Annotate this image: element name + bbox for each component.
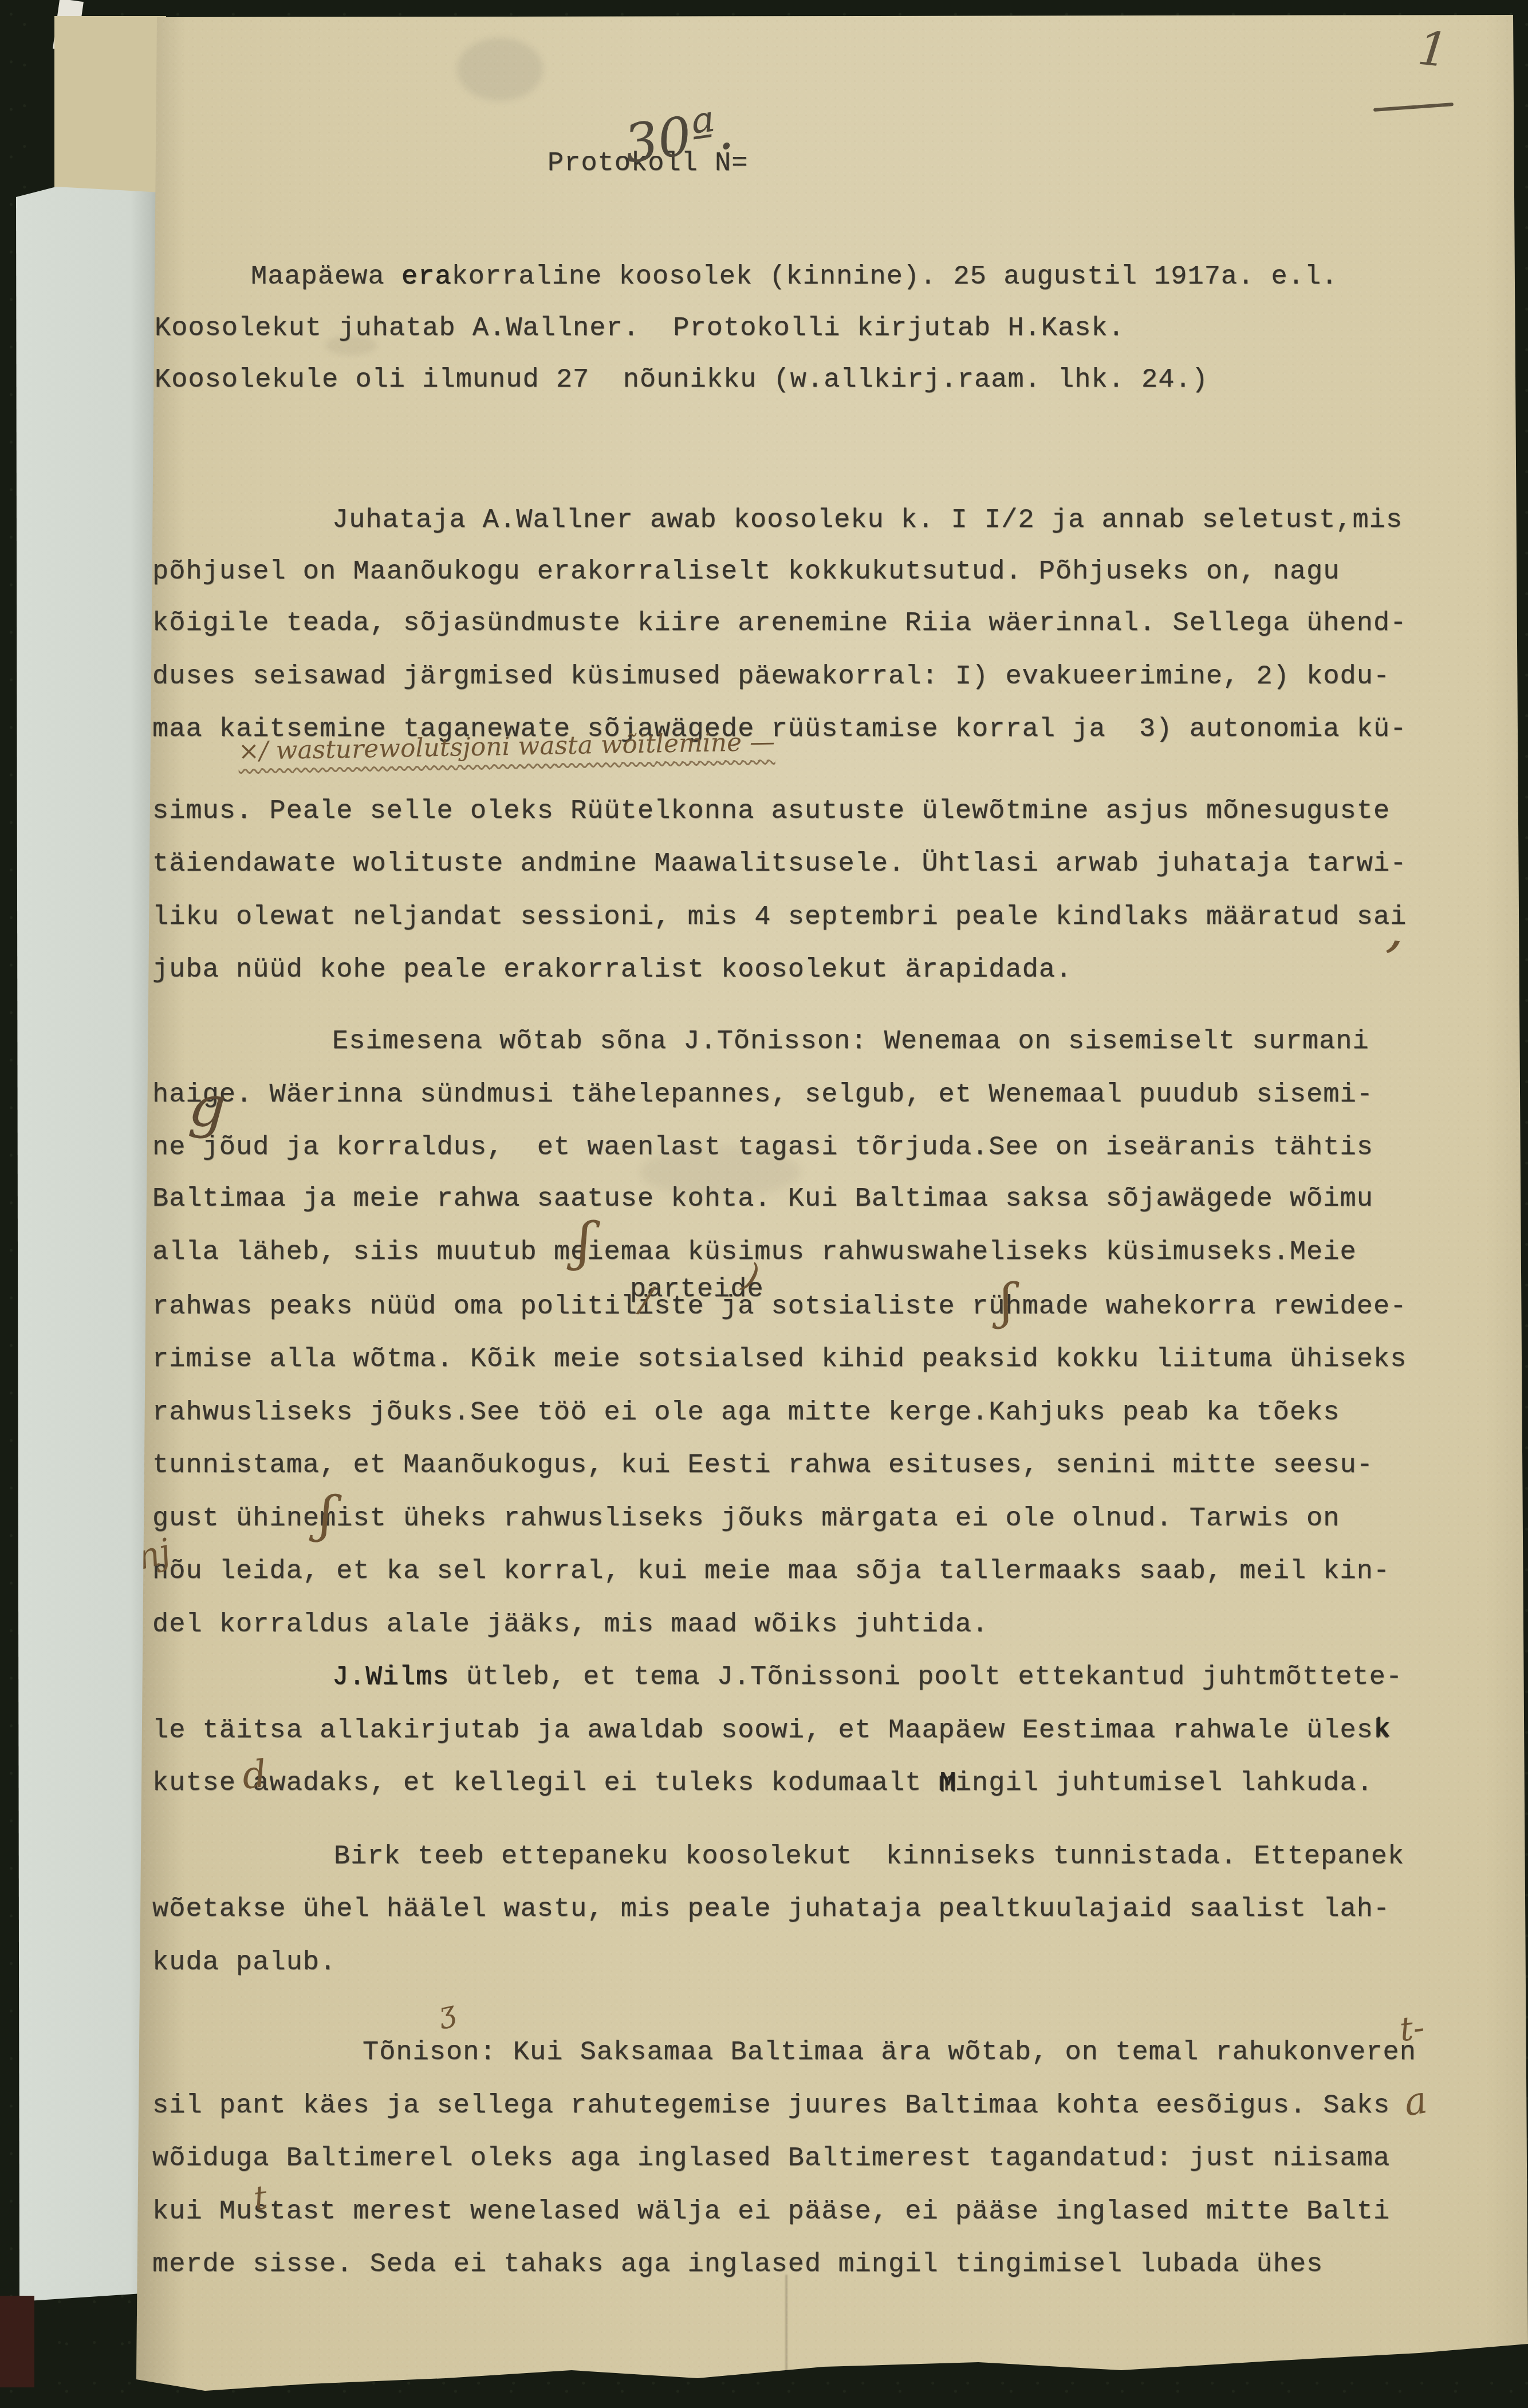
- handwritten-annotation: ʒ: [436, 1997, 458, 2028]
- typed-line: nõu leida, et ka sel korral, kui meie ma…: [152, 1558, 1390, 1585]
- typed-line: ne jõud ja korraldus, et waenlast tagasi…: [152, 1134, 1373, 1161]
- typed-line: wõiduga Baltimerel oleks aga inglased Ba…: [152, 2145, 1390, 2172]
- handwritten-annotation: 30ª.: [621, 104, 737, 171]
- typed-line: täiendawate wolituste andmine Maawalitsu…: [152, 851, 1407, 878]
- overtyped-characters: M: [939, 1770, 957, 1799]
- handwritten-annotation: ×/ wasturewolutsjoni wasta wõitlemine —: [238, 730, 775, 764]
- typed-line: merde sisse. Seda ei tahaks aga inglased…: [152, 2251, 1323, 2278]
- typed-line: rahwas peaks nüüd oma politiliste ja sot…: [152, 1293, 1407, 1320]
- typed-line: le täitsa allakirjutab ja awaldab soowi,…: [152, 1717, 1390, 1744]
- typed-line: juba nüüd kohe peale erakorralist koosol…: [152, 957, 1072, 983]
- typed-line: duses seisawad järgmised küsimused päewa…: [152, 663, 1390, 690]
- typed-line: kõigile teada, sõjasündmuste kiire arene…: [152, 610, 1407, 637]
- overtyped-characters: J.Wilms: [332, 1664, 449, 1691]
- eraser-smudge: [457, 38, 543, 101]
- typed-line: haige. Wäerinna sündmusi tähelepannes, s…: [152, 1081, 1373, 1108]
- handwritten-annotation: d: [241, 1755, 269, 1795]
- handwritten-annotation: ʃ: [999, 1277, 1014, 1325]
- handwritten-annotation: 1: [1416, 25, 1450, 74]
- typed-line: Esimesena wõtab sõna J.Tõnisson: Wenemaa…: [332, 1028, 1369, 1055]
- typed-line: Birk teeb ettepaneku koosolekut kinnisek…: [334, 1843, 1404, 1870]
- underlying-sheet-corner: [54, 16, 166, 199]
- typed-line: Baltimaa ja meie rahwa saatuse kohta. Ku…: [152, 1186, 1373, 1213]
- book-spine-sliver: [0, 2296, 34, 2387]
- document-page: Protokoll N=Maapäewa erakorraline koosol…: [136, 15, 1528, 2392]
- handwritten-underline: [1373, 103, 1454, 112]
- scanner-background: Protokoll N=Maapäewa erakorraline koosol…: [0, 0, 1528, 2408]
- overtyped-characters: k: [1375, 1716, 1391, 1743]
- typed-line: liku olewat neljandat sessioni, mis 4 se…: [152, 904, 1407, 931]
- handwritten-annotation: t-: [1398, 2010, 1426, 2046]
- handwritten-annotation: ʃ: [576, 1215, 592, 1269]
- handwritten-annotation: a: [1401, 2081, 1430, 2122]
- typed-line: rimise alla wõtma. Kõik meie sotsialsed …: [152, 1346, 1407, 1373]
- typed-line: Juhataja A.Wallner awab koosoleku k. I I…: [332, 507, 1403, 534]
- typed-line: sil pant käes ja sellega rahutegemise ju…: [152, 2092, 1390, 2119]
- handwritten-annotation: g: [187, 1077, 228, 1136]
- overtyped-characters: era: [401, 263, 452, 290]
- typed-line: põhjusel on Maanõukogu erakorraliselt ko…: [152, 558, 1340, 585]
- typed-line: rahwusliseks jõuks.See töö ei ole aga mi…: [152, 1399, 1340, 1426]
- typed-line: tunnistama, et Maanõukogus, kui Eesti ra…: [152, 1452, 1373, 1479]
- typed-line: kui Mustast merest wenelased wälja ei pä…: [152, 2198, 1390, 2225]
- handwritten-annotation: ʃ: [318, 1489, 334, 1540]
- typed-line: kutse awadaks, et kellegil ei tuleks kod…: [152, 1770, 1373, 1797]
- paper-crease: [785, 2275, 787, 2392]
- typed-line: wõetakse ühel häälel wastu, mis peale ju…: [152, 1896, 1390, 1923]
- typed-line: kuda palub.: [152, 1949, 336, 1976]
- typed-line: simus. Peale selle oleks Rüütelkonna asu…: [152, 798, 1390, 825]
- typed-line: Tõnison: Kui Saksamaa Baltimaa ära wõtab…: [363, 2039, 1416, 2066]
- typed-line: Koosolekule oli ilmunud 27 nõunikku (w.a…: [155, 367, 1208, 394]
- typed-line: J.Wilms ütleb, et tema J.Tõnissoni poolt…: [332, 1664, 1403, 1691]
- typed-line: Koosolekut juhatab A.Wallner. Protokolli…: [155, 315, 1125, 342]
- typed-line: del korraldus alale jääks, mis maad wõik…: [152, 1611, 989, 1638]
